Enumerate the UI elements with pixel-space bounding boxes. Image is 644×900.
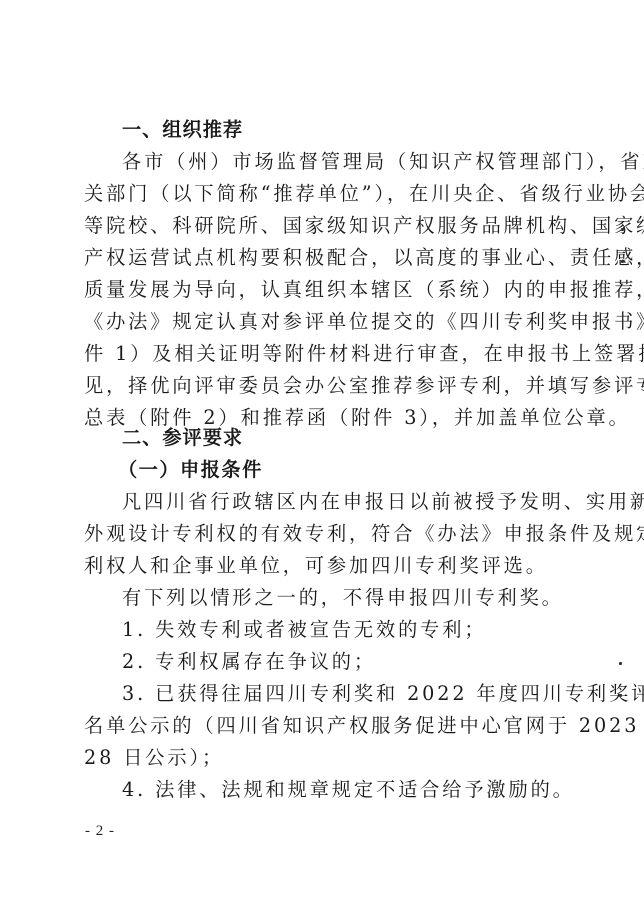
paragraph-line: 凡四川省行政辖区内在申报日以前被授予发明、实用新型或 [122, 490, 564, 514]
subsection-heading-application-conditions: （一）申报条件 [118, 458, 598, 482]
scan-artifact-mark [619, 662, 622, 665]
exclusion-item: 2. 专利权属存在争议的； [122, 650, 564, 674]
scan-artifact-mark [619, 694, 622, 697]
paragraph-line: 外观设计专利权的有效专利，符合《办法》申报条件及规定的专 [84, 522, 564, 546]
exclusion-item: 1. 失效专利或者被宣告无效的专利； [122, 618, 564, 642]
paragraph-line: 质量发展为导向，认真组织本辖区（系统）内的申报推荐，根据 [84, 278, 564, 302]
paragraph-line: 等院校、科研院所、国家级知识产权服务品牌机构、国家级知识 [84, 214, 564, 238]
scan-artifact-mark [621, 228, 624, 231]
paragraph-line: 产权运营试点机构要积极配合，以高度的事业心、责任感，以高 [84, 246, 564, 270]
exclusion-intro: 有下列以情形之一的，不得申报四川专利奖。 [122, 586, 564, 610]
exclusion-item: 3. 已获得往届四川专利奖和 2022 年度四川专利奖评审结果 [122, 682, 564, 706]
exclusion-item: 4. 法律、法规和规章规定不适合给予激励的。 [122, 778, 564, 802]
paragraph-line: 各市（州）市场监督管理局（知识产权管理部门），省直有 [122, 150, 564, 174]
paragraph-line: 《办法》规定认真对参评单位提交的《四川专利奖申报书》（附 [84, 310, 564, 334]
scan-artifact-mark [621, 260, 624, 263]
section-heading-review-requirements: 二、参评要求 [122, 426, 564, 450]
section-heading-organize-recommend: 一、组织推荐 [122, 118, 564, 142]
exclusion-item-continued: 名单公示的（四川省知识产权服务促进中心官网于 2023 年 6 月 [84, 714, 564, 738]
paragraph-line: 利权人和企事业单位，可参加四川专利奖评选。 [84, 554, 564, 578]
document-page: 一、组织推荐 各市（州）市场监督管理局（知识产权管理部门），省直有 关部门（以下… [0, 0, 644, 900]
paragraph-line: 关部门（以下简称“推荐单位”），在川央企、省级行业协会、高 [84, 182, 564, 206]
exclusion-item-continued: 28 日公示）； [84, 746, 564, 770]
paragraph-line: 见，择优向评审委员会办公室推荐参评专利，并填写参评专利汇 [84, 374, 564, 398]
page-number: - 2 - [85, 823, 115, 840]
paragraph-line: 件 1）及相关证明等附件材料进行审查，在申报书上签署推荐意 [84, 342, 564, 366]
